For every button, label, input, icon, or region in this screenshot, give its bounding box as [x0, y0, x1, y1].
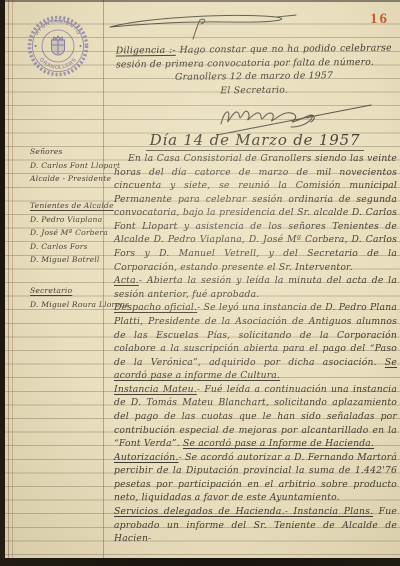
- margin-secretario-group: Secretario D. Miguel Roura Llorens: [30, 284, 110, 311]
- paragraph-keyword: Autorización.: [114, 452, 178, 463]
- minutes-paragraph: Autorización.- Se acordó autorizar a D. …: [114, 451, 397, 505]
- scan-edge-bottom: [0, 558, 400, 566]
- stamp-coat-of-arms: [35, 36, 82, 55]
- paragraph-keyword: Acta.: [114, 275, 139, 286]
- scan-edge-left: [0, 0, 5, 566]
- diligencia-note: Diligencia :- Hago constar que no ha pod…: [116, 42, 393, 99]
- page-edge-line: [8, 0, 9, 566]
- paragraph-resolution: Se acordó pase a Informe de Hacienda.: [183, 438, 374, 449]
- margin-secretario-title: Secretario: [30, 284, 110, 298]
- margin-teniente-name: D. José Mª Corbera: [30, 226, 110, 240]
- session-title: Día 14 de Marzo de 1957: [112, 131, 398, 151]
- margin-tenientes-title: Tenientes de Alcalde: [30, 199, 110, 213]
- margin-secretario-name: D. Miguel Roura Llorens: [30, 298, 110, 312]
- margin-tenientes-group: Tenientes de Alcalde D. Pedro Viaplana D…: [30, 199, 110, 267]
- margin-rule-line: [103, 0, 104, 566]
- scan-edge-top: [0, 0, 400, 2]
- page-number: 16: [370, 11, 389, 28]
- session-title-text: Día 14 de Marzo de 1957: [146, 131, 365, 151]
- svg-text:AYUNTAMIENTO: AYUNTAMIENTO: [34, 19, 81, 36]
- page-edge-line: [12, 0, 13, 566]
- margin-attendees-header: Señores D. Carlos Font Llopart Alcalde -…: [30, 145, 110, 186]
- diligencia-label: Diligencia :-: [116, 45, 176, 57]
- minutes-paragraph: Instancia Mateu.- Fué leída a continuaci…: [114, 383, 397, 451]
- diligencia-text: Diligencia :- Hago constar que no ha pod…: [116, 42, 392, 72]
- margin-teniente-name: D. Pedro Viaplana: [30, 213, 110, 227]
- minutes-paragraph: Despacho oficial.- Se leyó una instancia…: [114, 301, 397, 382]
- paragraph-text: - Abierta la sesión y leída la minuta de…: [114, 275, 397, 300]
- ayuntamiento-stamp-icon: AYUNTAMIENTO GRANOLLERS: [25, 13, 91, 79]
- minutes-paragraph: Acta.- Abierta la sesión y leída la minu…: [114, 274, 397, 301]
- margin-heading: Señores: [30, 145, 110, 159]
- pen-flourish-icon: [104, 6, 314, 42]
- margin-teniente-name: D. Miguel Botrell: [30, 253, 110, 267]
- margin-alcalde-title: Alcalde - Presidente: [30, 172, 110, 186]
- margin-teniente-name: D. Carlos Fors: [30, 240, 110, 254]
- paragraph-text: En la Casa Consistorial de Granollers si…: [114, 153, 397, 273]
- paragraph-keyword: Despacho oficial.: [114, 302, 197, 313]
- minutes-body: En la Casa Consistorial de Granollers si…: [114, 152, 397, 546]
- minutes-paragraph: Servicios delegados de Hacienda.- Instan…: [114, 505, 397, 546]
- paragraph-keyword: Servicios delegados de Hacienda.- Instan…: [114, 506, 373, 517]
- margin-alcalde-name: D. Carlos Font Llopart: [30, 159, 110, 173]
- scanned-minutes-page: AYUNTAMIENTO GRANOLLERS 16 Diligencia :-…: [0, 0, 400, 566]
- stamp-top-text: AYUNTAMIENTO: [34, 19, 81, 36]
- minutes-paragraph: En la Casa Consistorial de Granollers si…: [114, 152, 397, 274]
- paragraph-keyword: Instancia Mateu.: [114, 384, 197, 395]
